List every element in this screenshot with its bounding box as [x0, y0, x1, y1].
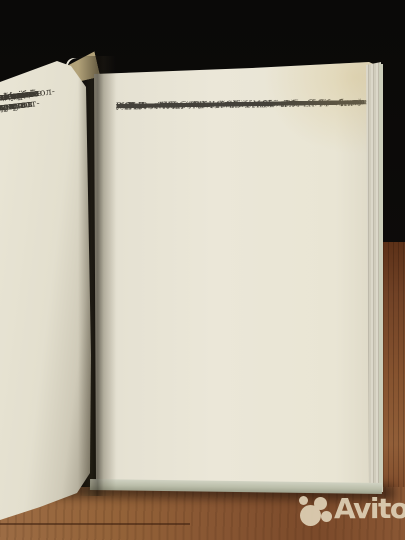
- avito-watermark: Avito: [292, 487, 405, 537]
- book-photo: ен. Он собрал хоро-ха. Взял много мёдам …: [0, 0, 405, 540]
- right-page: Мать и сёстры тоже вышли проводить Ролав…: [92, 60, 382, 494]
- left-page-text: ен. Он собрал хоро-ха. Взял много мёдам …: [0, 81, 90, 99]
- book-cover-edge-right: [379, 64, 383, 492]
- avito-logo-icon: [299, 496, 308, 505]
- avito-watermark-text: Avito: [334, 494, 405, 524]
- right-page-text: Мать и сёстры тоже вышли проводить Ролав…: [116, 97, 342, 101]
- avito-logo-icon: [321, 511, 332, 522]
- left-page: ен. Он собрал хоро-ха. Взял много мёдам …: [0, 55, 94, 525]
- avito-logo-icon: [314, 497, 327, 510]
- text-line: убавилось. Пожалуй, даже больше стало.: [116, 98, 283, 110]
